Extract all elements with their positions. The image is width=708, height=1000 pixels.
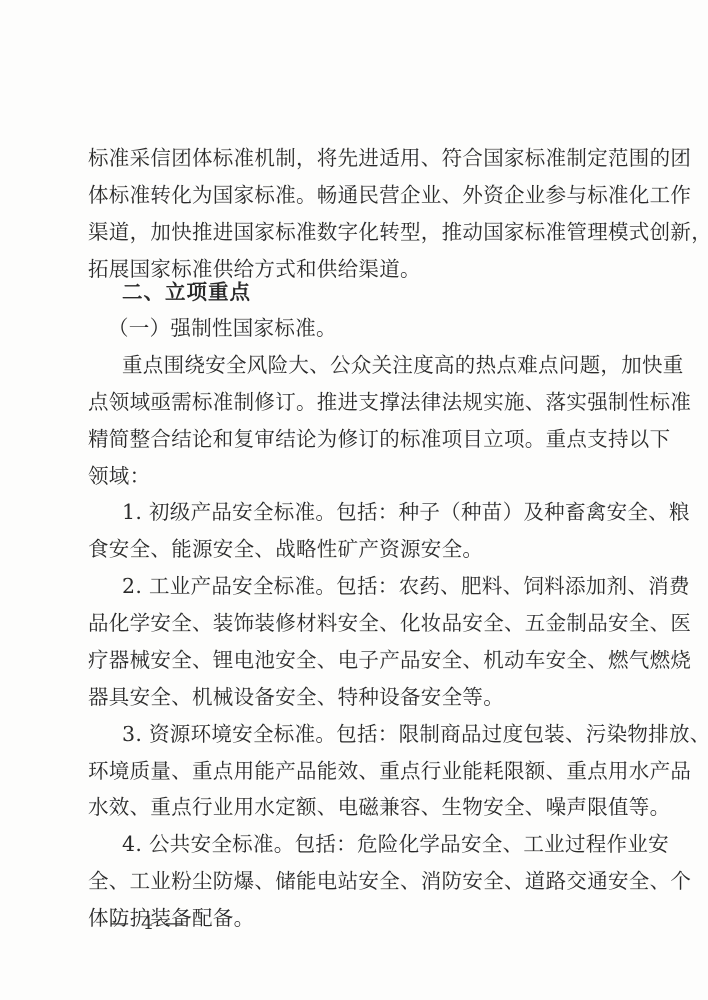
subsection-paragraph-line: 点领域亟需标准制修订。推进支撑法律法规实施、落实强制性标准: [88, 390, 620, 414]
list-item-2-line: 疗器械安全、锂电池安全、电子产品安全、机动车安全、燃气燃烧: [88, 648, 620, 672]
list-item-1-line: 食安全、能源安全、战略性矿产资源安全。: [88, 537, 620, 561]
intro-paragraph-line: 体标准转化为国家标准。畅通民营企业、外资企业参与标准化工作: [88, 183, 620, 207]
document-page: 标准采信团体标准机制，将先进适用、符合国家标准制定范围的团 体标准转化为国家标准…: [0, 0, 708, 1000]
section-heading: 二、立项重点: [122, 280, 620, 304]
list-item-3-line: 3. 资源环境安全标准。包括：限制商品过度包装、污染物排放、: [122, 722, 620, 746]
list-item-4-line: 全、工业粉尘防爆、储能电站安全、消防安全、道路交通安全、个: [88, 869, 620, 893]
list-item-3-line: 环境质量、重点用能产品能效、重点行业能耗限额、重点用水产品: [88, 759, 620, 783]
list-item-3-line: 水效、重点行业用水定额、电磁兼容、生物安全、噪声限值等。: [88, 795, 620, 819]
list-item-4-line: 4. 公共安全标准。包括：危险化学品安全、工业过程作业安: [122, 832, 620, 856]
list-item-1-line: 1. 初级产品安全标准。包括：种子（种苗）及种畜禽安全、粮: [122, 500, 620, 524]
list-item-2-line: 器具安全、机械设备安全、特种设备安全等。: [88, 685, 620, 709]
subsection-heading: （一）强制性国家标准。: [108, 316, 640, 340]
intro-paragraph-line: 标准采信团体标准机制，将先进适用、符合国家标准制定范围的团: [88, 146, 620, 170]
intro-paragraph-line: 拓展国家标准供给方式和供给渠道。: [88, 257, 620, 281]
subsection-paragraph-line: 重点围绕安全风险大、公众关注度高的热点难点问题，加快重: [122, 353, 620, 377]
intro-paragraph-line: 渠道，加快推进国家标准数字化转型，推动国家标准管理模式创新，: [88, 220, 620, 244]
subsection-paragraph-line: 精简整合结论和复审结论为修订的标准项目立项。重点支持以下: [88, 427, 620, 451]
list-item-2-line: 品化学安全、装饰装修材料安全、化妆品安全、五金制品安全、医: [88, 611, 620, 635]
page-number: — 4 —: [110, 912, 187, 934]
subsection-paragraph-line: 领域：: [88, 464, 620, 488]
list-item-2-line: 2. 工业产品安全标准。包括：农药、肥料、饲料添加剂、消费: [122, 574, 620, 598]
